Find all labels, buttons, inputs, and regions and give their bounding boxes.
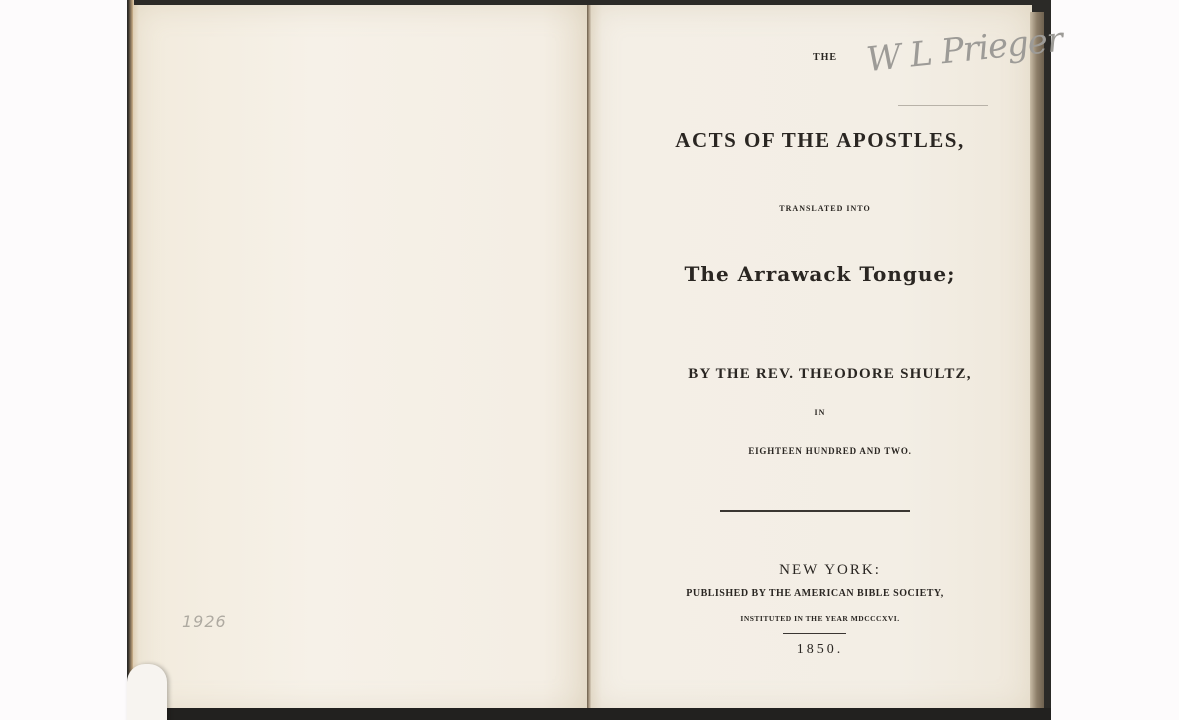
pencil-annotation: 1926 xyxy=(182,612,227,631)
publication-year: 1850. xyxy=(760,642,880,658)
book-title: ACTS OF THE APOSTLES, xyxy=(660,128,980,153)
right-title-page xyxy=(590,5,1032,712)
title-article: THE xyxy=(755,52,895,63)
holding-thumb xyxy=(127,664,167,720)
translated-label: TRANSLATED INTO xyxy=(750,204,900,213)
divider-rule xyxy=(720,510,910,512)
author-line: BY THE REV. THEODORE SHULTZ, xyxy=(670,366,990,383)
language-line: The Arrawack Tongue; xyxy=(680,262,960,286)
imprint-instituted: INSTITUTED IN THE YEAR MDCCCXVI. xyxy=(700,614,940,623)
signature-underline xyxy=(898,105,988,106)
year-written: EIGHTEEN HUNDRED AND TWO. xyxy=(700,446,960,456)
fore-edge xyxy=(1030,12,1044,712)
imprint-publisher: PUBLISHED BY THE AMERICAN BIBLE SOCIETY, xyxy=(670,588,960,599)
in-word: IN xyxy=(790,408,850,417)
bottom-board xyxy=(127,708,1051,720)
left-page xyxy=(133,5,588,712)
book-gutter xyxy=(587,5,591,712)
short-divider-rule xyxy=(783,633,846,634)
imprint-place: NEW YORK: xyxy=(700,562,960,579)
